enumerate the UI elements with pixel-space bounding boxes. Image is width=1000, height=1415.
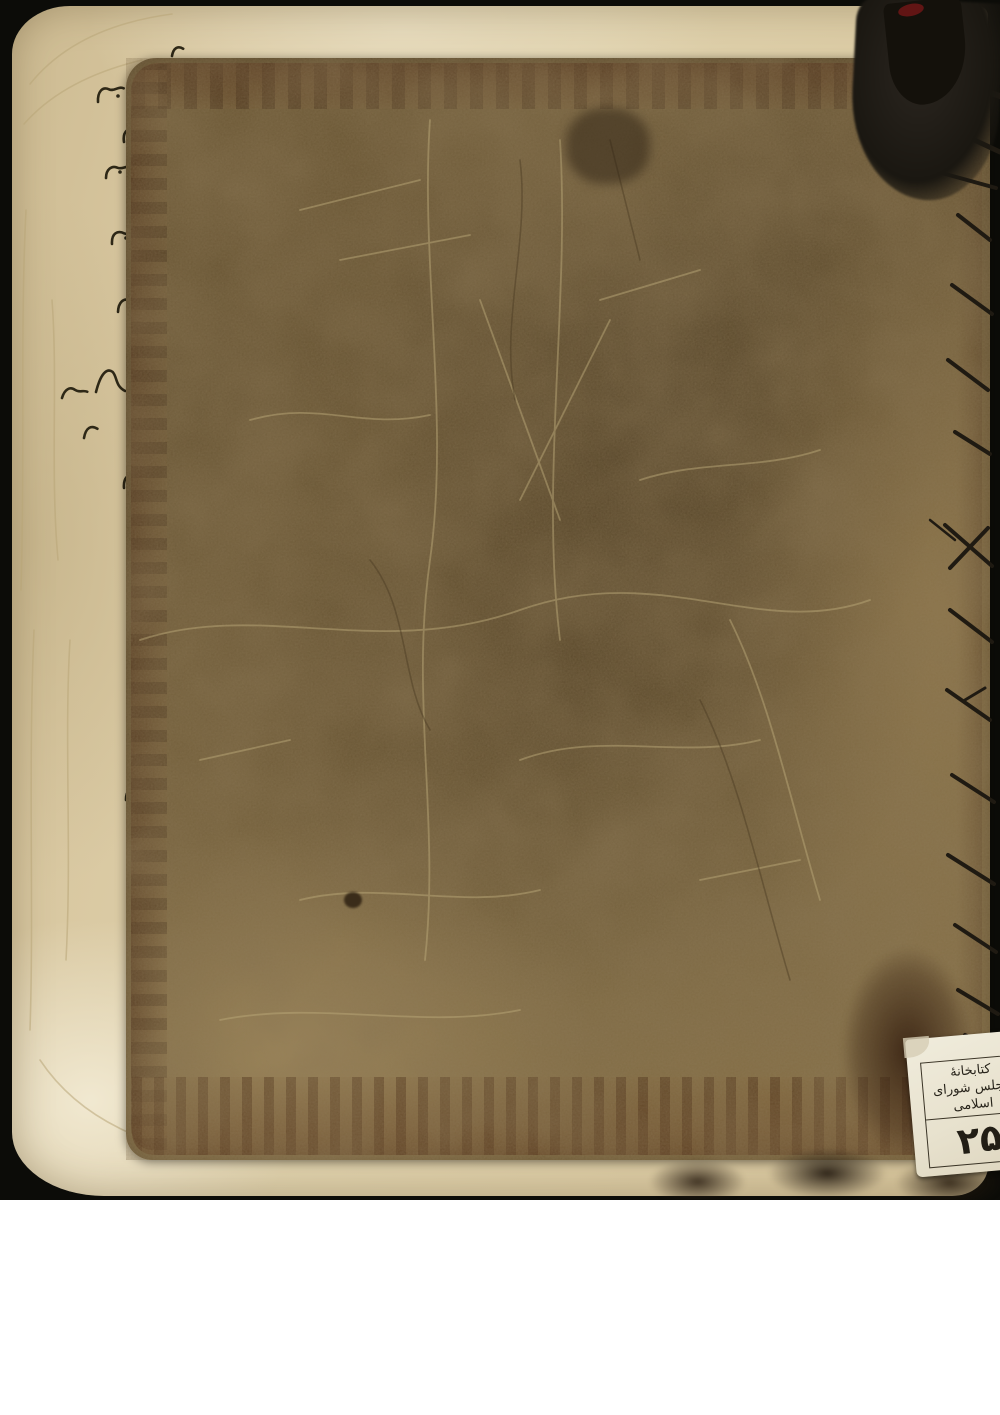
ink-spot [344,892,362,908]
label-border-box: کتابخانهٔ مجلس شورای اسلامی ۲۵۹ [920,1054,1000,1168]
label-text: کتابخانهٔ مجلس شورای اسلامی [921,1055,1000,1120]
library-label: کتابخانهٔ مجلس شورای اسلامی ۲۵۹ [905,1030,1000,1178]
label-folded-corner [903,1036,931,1058]
dark-patch [566,108,650,184]
scanned-photo-page: کتابخانهٔ مجلس شورای اسلامی ۲۵۹ [0,0,1000,1415]
scan-background: کتابخانهٔ مجلس شورای اسلامی ۲۵۹ [0,0,1000,1200]
